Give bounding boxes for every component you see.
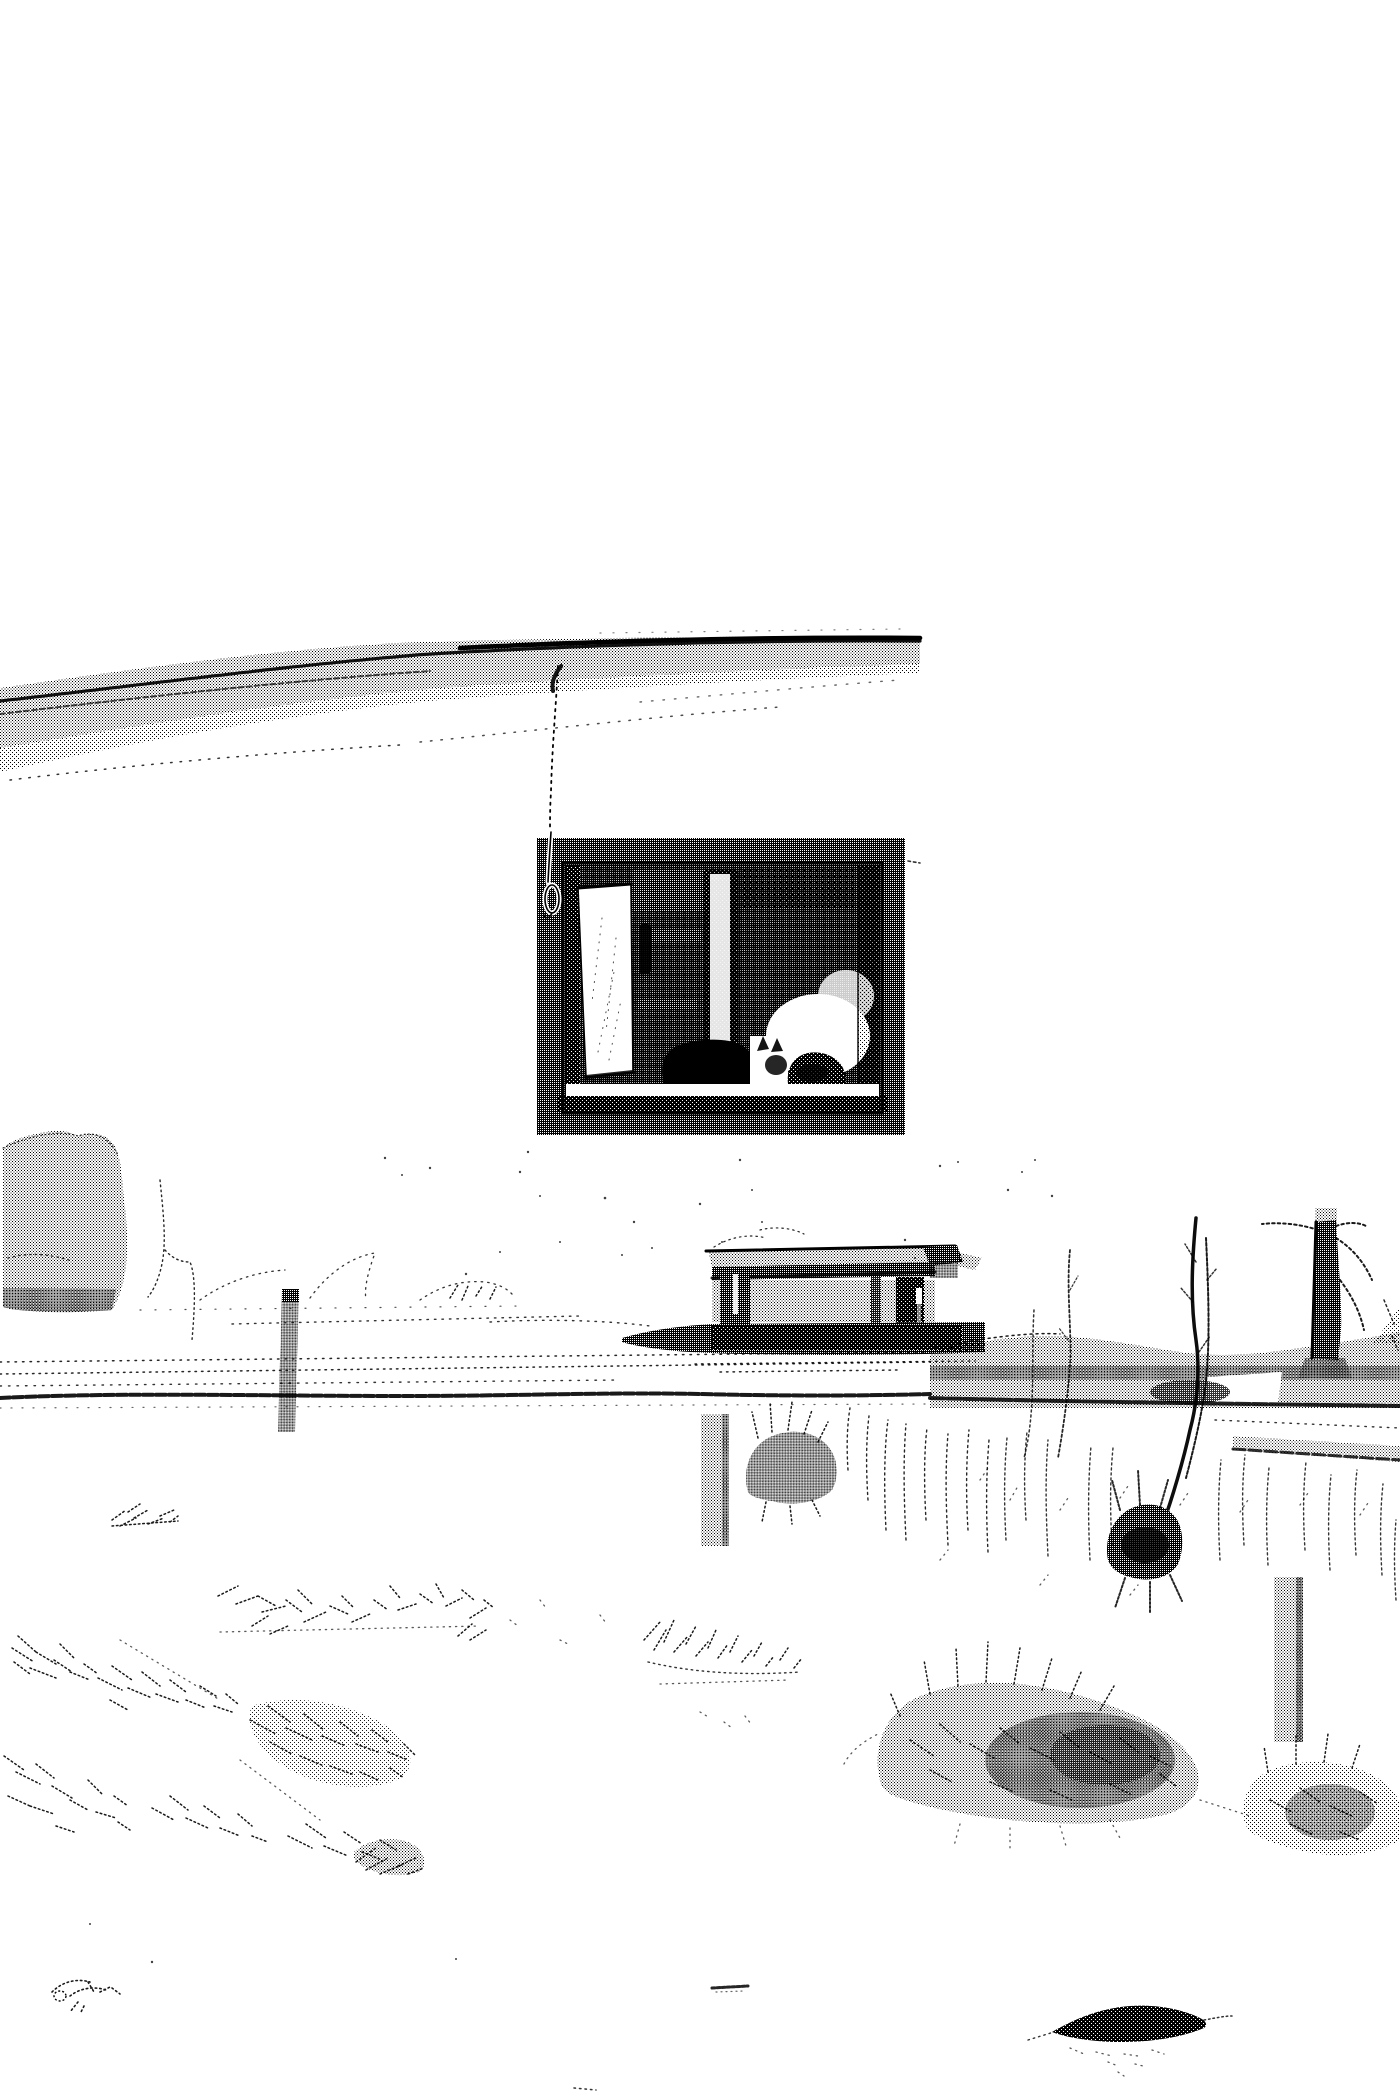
stone-body [3,1131,127,1312]
trunk-base-flare [1298,1358,1352,1378]
post-right-edge [1296,1577,1303,1742]
window-handle [639,924,651,974]
window [537,838,920,1135]
open-casement-pane [578,884,633,1077]
photo-stage: Winter farmhouse window with sleeping ca… [0,0,1400,2100]
bench-right-skirt [930,1262,958,1278]
right-pane-light-top [742,870,856,908]
cat-face-patch [765,1055,787,1075]
bush-clump-core [1121,1527,1169,1563]
large-patch-core [1050,1725,1160,1785]
dash-main [712,1986,748,1988]
fence-post-middle [701,1414,729,1546]
stone-block [3,1131,127,1312]
bench-shadow-core [712,1326,962,1350]
fence-post-right [1274,1577,1303,1742]
stone-base-shadow [3,1288,116,1312]
winter-photo: Winter farmhouse window with sleeping ca… [0,0,1400,2100]
pane-glass [578,884,633,1077]
bench-left-leg-slit [733,1274,738,1314]
cat-hindquarters-core [796,1064,828,1082]
band-dark-under-sapling [1150,1380,1230,1404]
post-middle-edge [722,1414,729,1546]
window-right-lit-stile [858,866,879,1084]
bench-right-leg-slit [916,1288,922,1304]
window-upper-shadow [634,870,708,912]
window-shadow-row-2 [638,1000,698,1010]
window-sill-ledge [558,1096,888,1112]
window-sill-white [566,1084,879,1096]
post-left-cap [282,1289,299,1302]
